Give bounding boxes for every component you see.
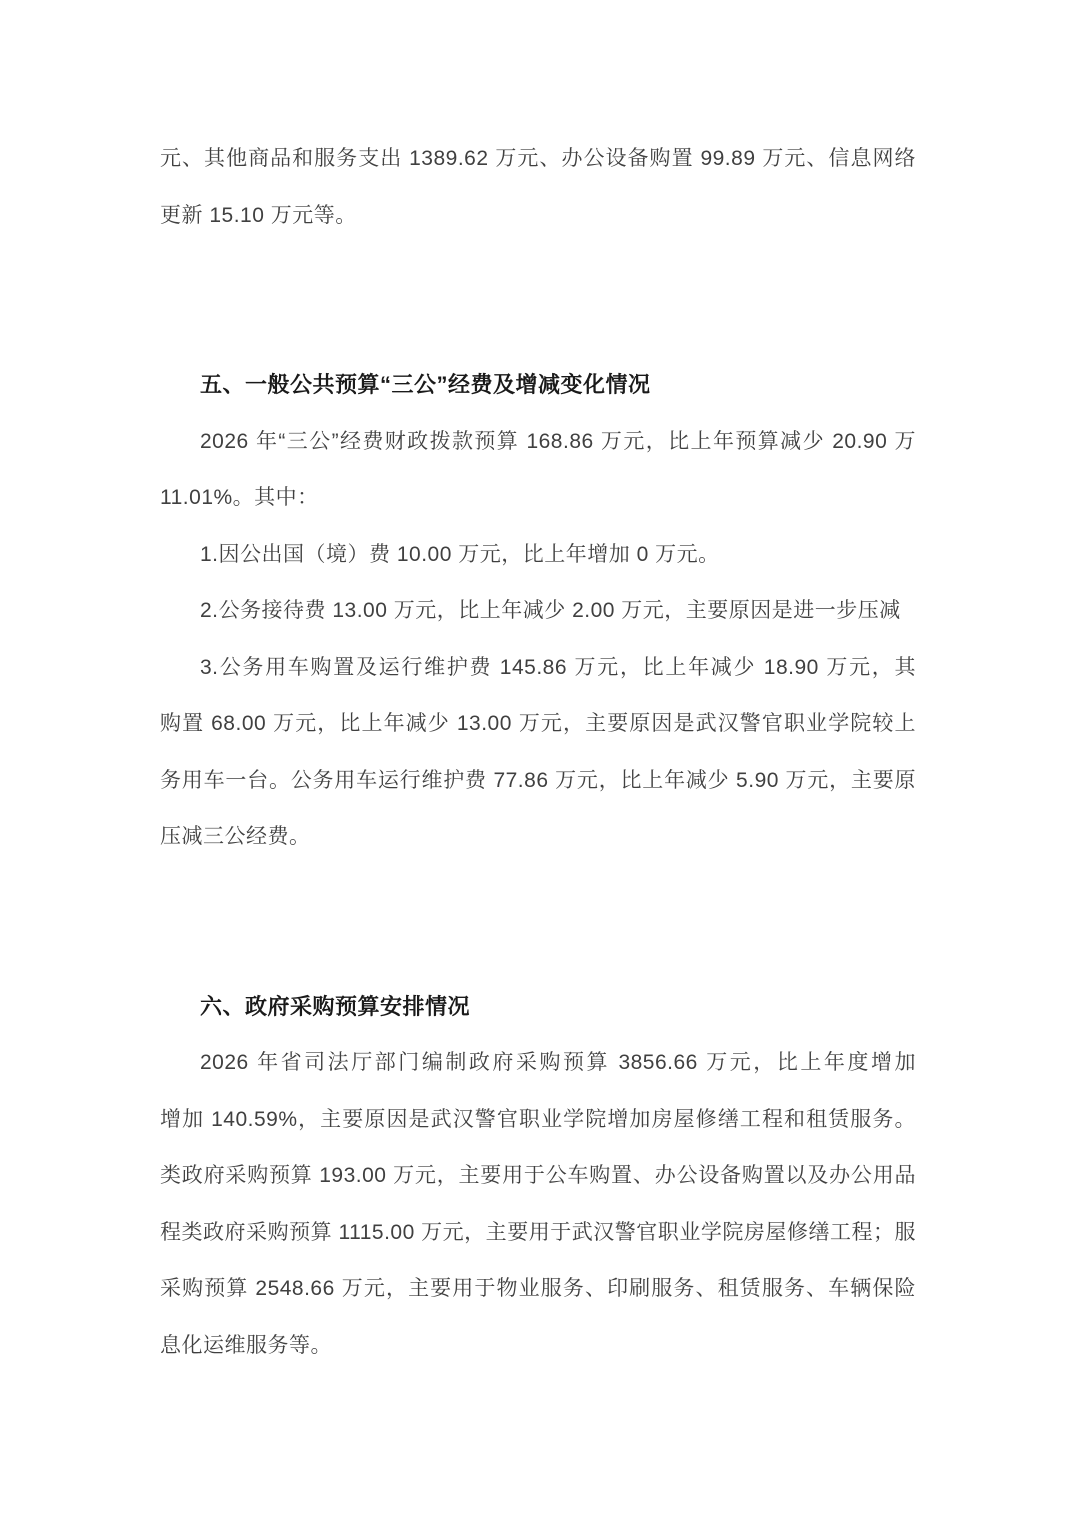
paragraph-line: 更新 15.10 万元等。	[160, 188, 916, 245]
paragraph-line: 元、其他商品和服务支出 1389.62 万元、办公设备购置 99.89 万元、信…	[160, 131, 916, 188]
paragraph-line: 2.公务接待费 13.00 万元，比上年减少 2.00 万元，主要原因是进一步压…	[160, 583, 916, 640]
paragraph-line: 息化运维服务等。	[160, 1318, 916, 1375]
paragraph-line: 2026 年省司法厅部门编制政府采购预算 3856.66 万元，比上年度增加 2…	[160, 1035, 916, 1092]
section-heading-five: 五、一般公共预算“三公”经费及增减变化情况	[160, 357, 916, 414]
paragraph-line: 务用车一台。公务用车运行维护费 77.86 万元，比上年减少 5.90 万元，主…	[160, 753, 916, 810]
paragraph-line: 11.01%。其中：	[160, 470, 916, 527]
paragraph-line: 压减三公经费。	[160, 809, 916, 866]
paragraph-line: 程类政府采购预算 1115.00 万元，主要用于武汉警官职业学院房屋修缮工程；服…	[160, 1205, 916, 1262]
paragraph-line: 1.因公出国（境）费 10.00 万元，比上年增加 0 万元。	[160, 527, 916, 584]
paragraph-line: 采购预算 2548.66 万元，主要用于物业服务、印刷服务、租赁服务、车辆保险服…	[160, 1261, 916, 1318]
document-page: 元、其他商品和服务支出 1389.62 万元、办公设备购置 99.89 万元、信…	[0, 0, 1074, 1520]
paragraph-line: 类政府采购预算 193.00 万元，主要用于公车购置、办公设备购置以及办公用品购…	[160, 1148, 916, 1205]
section-heading-six: 六、政府采购预算安排情况	[160, 979, 916, 1036]
document-content: 元、其他商品和服务支出 1389.62 万元、办公设备购置 99.89 万元、信…	[160, 131, 916, 1374]
paragraph-line: 购置 68.00 万元，比上年减少 13.00 万元，主要原因是武汉警官职业学院…	[160, 696, 916, 753]
paragraph-line: 2026 年“三公”经费财政拨款预算 168.86 万元，比上年预算减少 20.…	[160, 414, 916, 471]
paragraph-line: 增加 140.59%，主要原因是武汉警官职业学院增加房屋修缮工程和租赁服务。其中…	[160, 1092, 916, 1149]
paragraph-line: 3.公务用车购置及运行维护费 145.86 万元，比上年减少 18.90 万元，…	[160, 640, 916, 697]
